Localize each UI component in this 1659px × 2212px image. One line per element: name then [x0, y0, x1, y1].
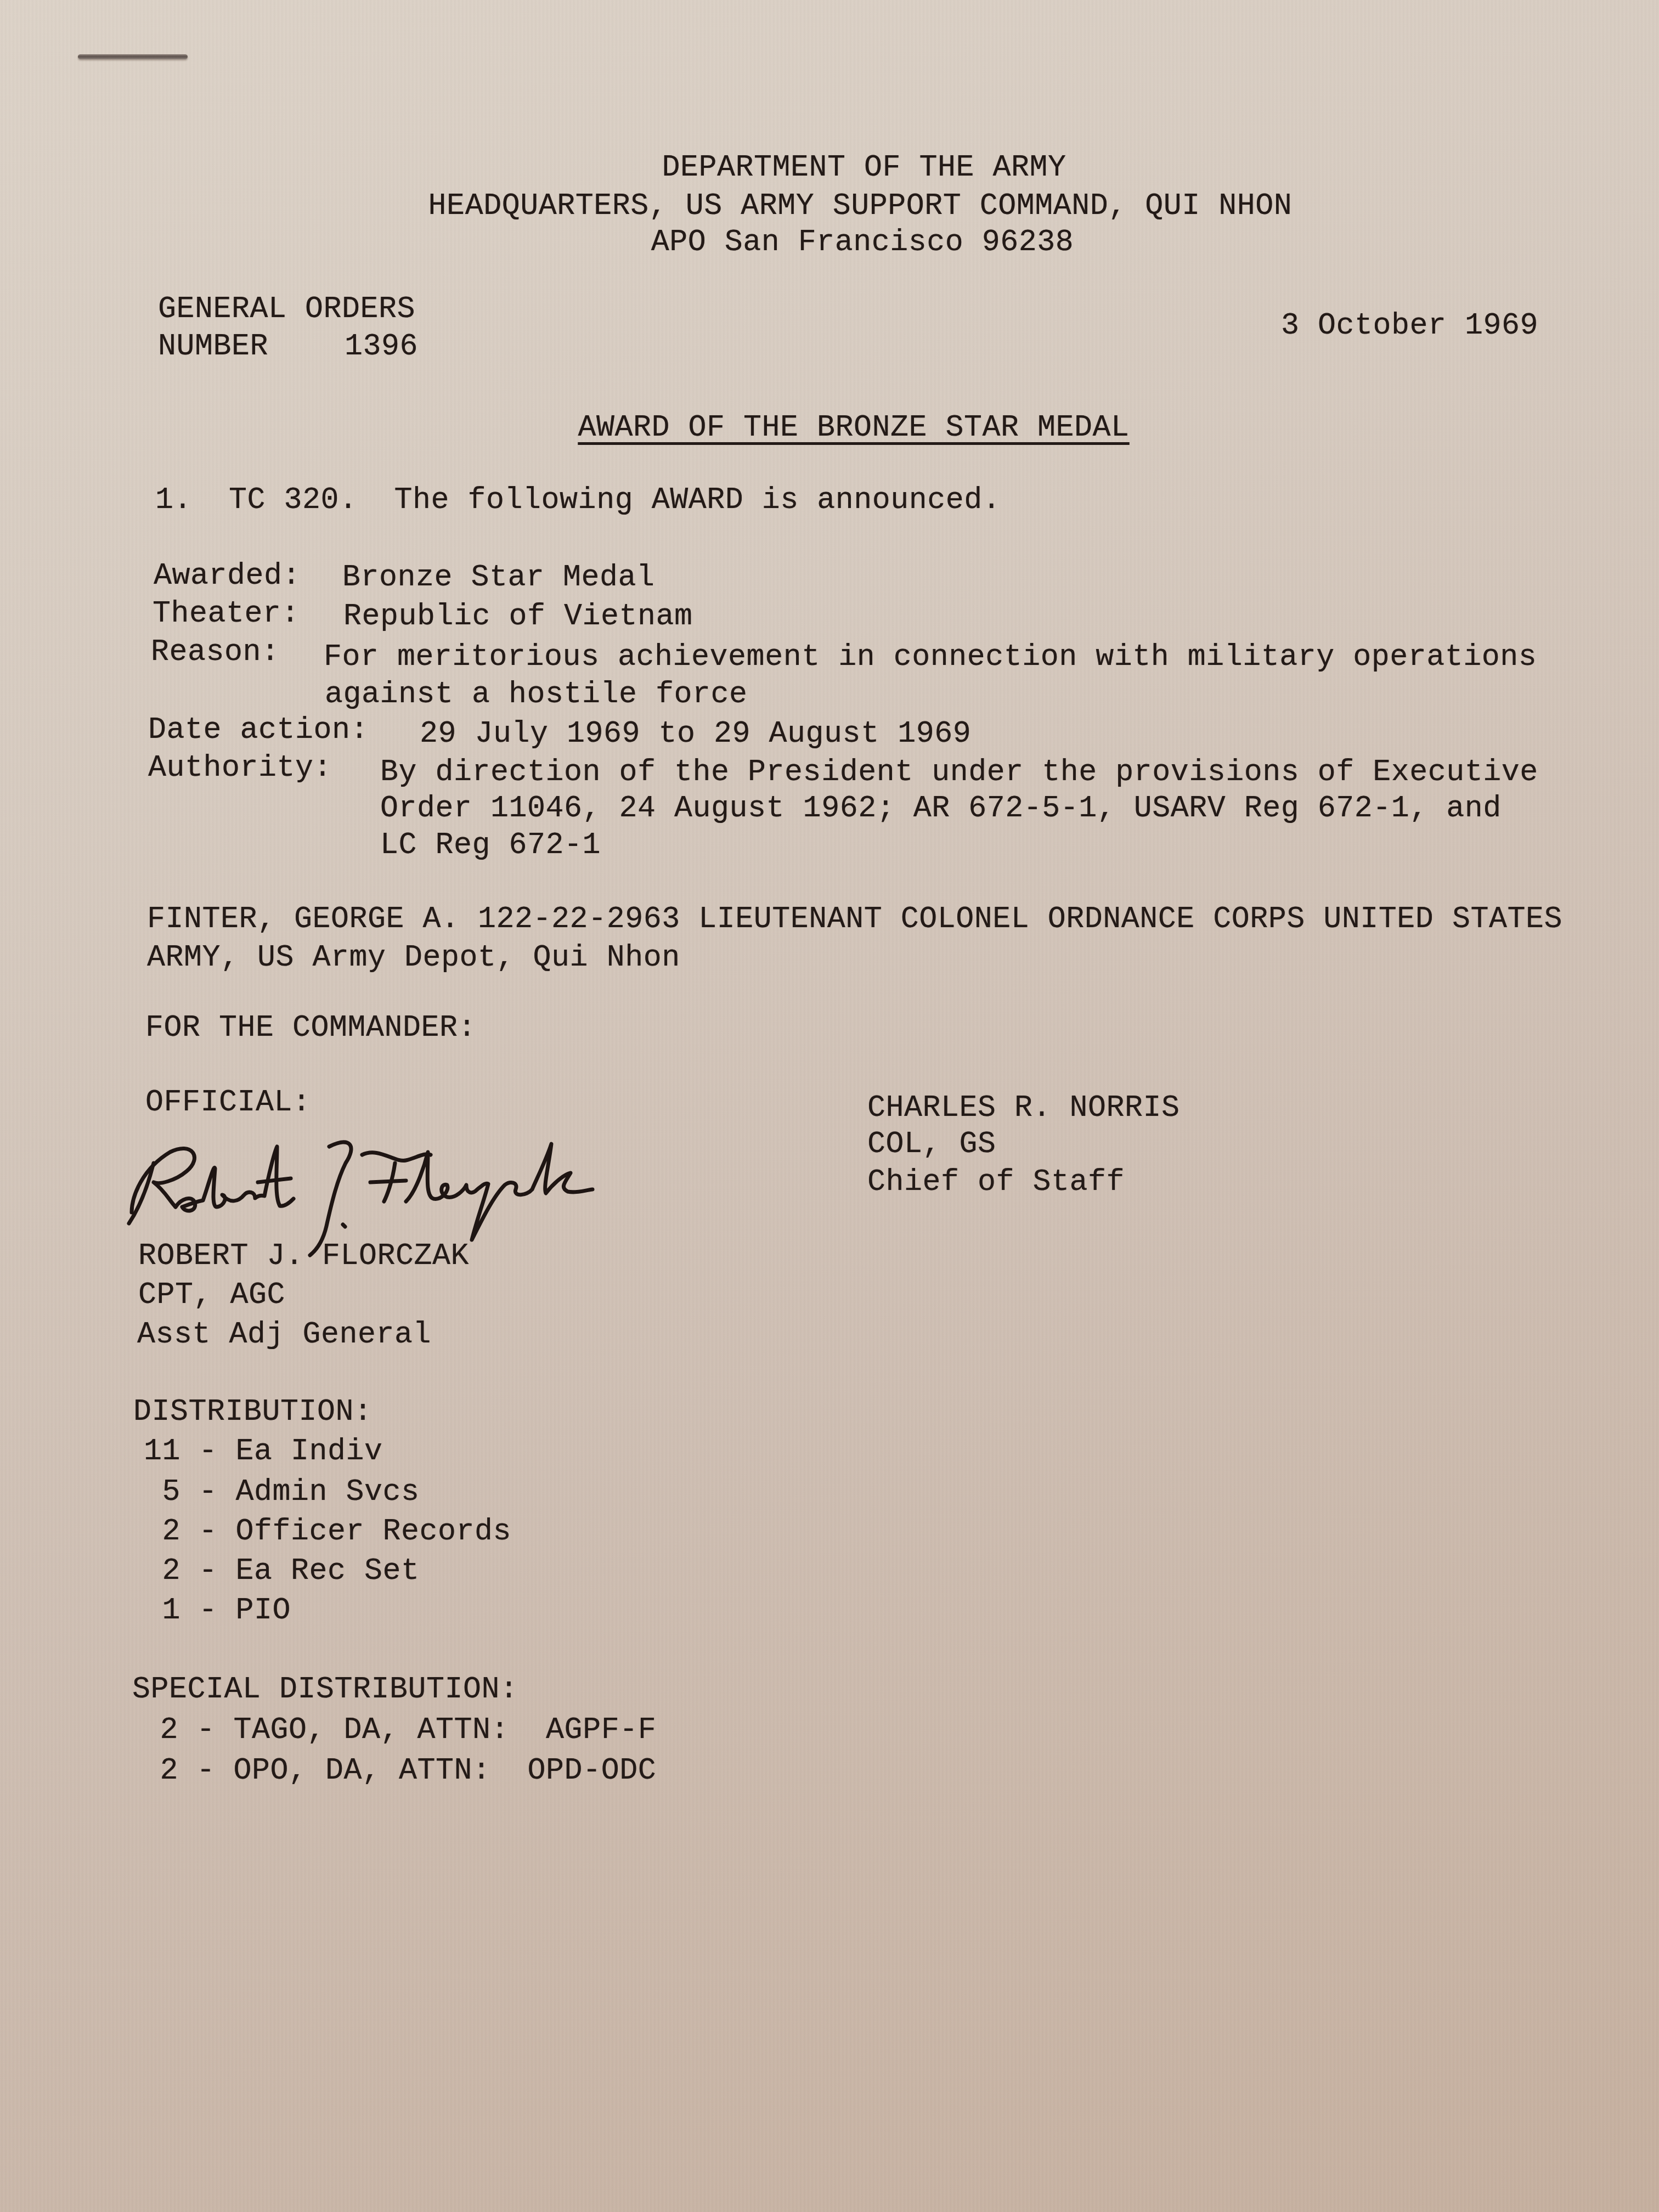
official-rank: CPT, AGC [138, 1280, 285, 1310]
distribution-item: 2 - Officer Records [144, 1516, 511, 1547]
commander-rank: COL, GS [867, 1129, 996, 1159]
distribution-item: 11 - Ea Indiv [144, 1436, 383, 1466]
general-orders-label: GENERAL ORDERS [158, 294, 415, 324]
authority-value-line3: LC Reg 672-1 [380, 830, 601, 860]
recipient-line2: ARMY, US Army Depot, Qui Nhon [147, 943, 680, 973]
commander-title: Chief of Staff [867, 1167, 1125, 1197]
official-title: Asst Adj General [137, 1319, 431, 1350]
staple-mark [78, 54, 188, 59]
recipient-line1: FINTER, GEORGE A. 122-22-2963 LIEUTENANT… [147, 904, 1562, 934]
awarded-label: Awarded: [154, 561, 301, 591]
authority-value-line2: Order 11046, 24 August 1962; AR 672-5-1,… [380, 793, 1502, 823]
reason-value-line1: For meritorious achievement in connectio… [324, 642, 1537, 672]
awarded-value: Bronze Star Medal [342, 562, 655, 592]
document-title: AWARD OF THE BRONZE STAR MEDAL [578, 413, 1129, 443]
reason-value-line2: against a hostile force [325, 679, 748, 709]
official-name: ROBERT J. FLORCZAK [138, 1241, 469, 1271]
official-label: OFFICIAL: [145, 1087, 311, 1118]
distribution-item: 2 - Ea Rec Set [144, 1556, 420, 1586]
special-distribution-item: 2 - TAGO, DA, ATTN: AGPF-F [142, 1715, 656, 1745]
date-action-label: Date action: [148, 715, 369, 745]
authority-label: Authority: [148, 753, 332, 783]
distribution-heading: DISTRIBUTION: [133, 1397, 373, 1427]
theater-label: Theater: [153, 599, 300, 629]
letterhead-department: DEPARTMENT OF THE ARMY [662, 153, 1066, 183]
for-the-commander: FOR THE COMMANDER: [145, 1013, 476, 1043]
reason-label: Reason: [151, 637, 280, 667]
orders-number: 1396 [345, 331, 418, 362]
letterhead-apo: APO San Francisco 96238 [651, 227, 1074, 257]
orders-number-label: NUMBER [158, 331, 268, 362]
special-distribution-heading: SPECIAL DISTRIBUTION: [132, 1674, 518, 1705]
commander-name: CHARLES R. NORRIS [867, 1093, 1180, 1123]
date-action-value: 29 July 1969 to 29 August 1969 [420, 719, 971, 749]
theater-value: Republic of Vietnam [343, 601, 693, 631]
letterhead-headquarters: HEADQUARTERS, US ARMY SUPPORT COMMAND, Q… [428, 191, 1293, 221]
distribution-item: 1 - PIO [144, 1595, 291, 1626]
authority-value-line1: By direction of the President under the … [380, 757, 1538, 787]
distribution-item: 5 - Admin Svcs [144, 1477, 420, 1507]
order-date: 3 October 1969 [1281, 311, 1538, 341]
special-distribution-item: 2 - OPO, DA, ATTN: OPD-ODC [142, 1756, 656, 1786]
paragraph-announcement: 1. TC 320. The following AWARD is announ… [155, 485, 1001, 515]
